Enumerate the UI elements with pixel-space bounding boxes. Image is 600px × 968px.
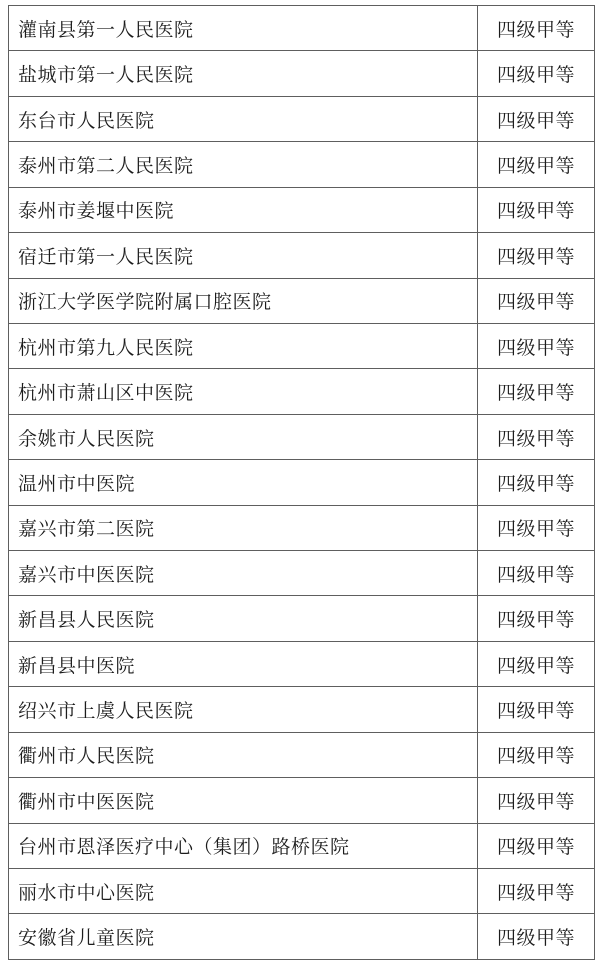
table-row: 衢州市人民医院 四级甲等 [9, 732, 595, 777]
table-row: 衢州市中医医院 四级甲等 [9, 778, 595, 823]
table-body: 灌南县第一人民医院 四级甲等 盐城市第一人民医院 四级甲等 东台市人民医院 四级… [9, 6, 595, 960]
table-row: 嘉兴市中医医院 四级甲等 [9, 551, 595, 596]
hospital-name-cell: 丽水市中心医院 [9, 869, 478, 914]
table-row: 杭州市萧山区中医院 四级甲等 [9, 369, 595, 414]
table-row: 余姚市人民医院 四级甲等 [9, 414, 595, 459]
hospital-name-cell: 杭州市第九人民医院 [9, 323, 478, 368]
table-row: 新昌县中医院 四级甲等 [9, 641, 595, 686]
hospital-name-cell: 温州市中医院 [9, 460, 478, 505]
table-row: 温州市中医院 四级甲等 [9, 460, 595, 505]
hospital-name-cell: 泰州市姜堰中医院 [9, 187, 478, 232]
table-row: 灌南县第一人民医院 四级甲等 [9, 6, 595, 51]
hospital-name-cell: 杭州市萧山区中医院 [9, 369, 478, 414]
table-row: 东台市人民医院 四级甲等 [9, 96, 595, 141]
table-row: 盐城市第一人民医院 四级甲等 [9, 51, 595, 96]
grade-cell: 四级甲等 [478, 6, 595, 51]
grade-cell: 四级甲等 [478, 414, 595, 459]
table-row: 绍兴市上虞人民医院 四级甲等 [9, 687, 595, 732]
grade-cell: 四级甲等 [478, 732, 595, 777]
hospital-name-cell: 余姚市人民医院 [9, 414, 478, 459]
hospital-name-cell: 安徽省儿童医院 [9, 914, 478, 960]
hospital-name-cell: 嘉兴市中医医院 [9, 551, 478, 596]
grade-cell: 四级甲等 [478, 551, 595, 596]
grade-cell: 四级甲等 [478, 142, 595, 187]
table-row: 安徽省儿童医院 四级甲等 [9, 914, 595, 960]
grade-cell: 四级甲等 [478, 51, 595, 96]
hospital-name-cell: 新昌县中医院 [9, 641, 478, 686]
grade-cell: 四级甲等 [478, 187, 595, 232]
grade-cell: 四级甲等 [478, 369, 595, 414]
grade-cell: 四级甲等 [478, 505, 595, 550]
grade-cell: 四级甲等 [478, 596, 595, 641]
table-row: 泰州市姜堰中医院 四级甲等 [9, 187, 595, 232]
hospital-name-cell: 泰州市第二人民医院 [9, 142, 478, 187]
table-row: 杭州市第九人民医院 四级甲等 [9, 323, 595, 368]
grade-cell: 四级甲等 [478, 687, 595, 732]
hospital-name-cell: 盐城市第一人民医院 [9, 51, 478, 96]
hospital-name-cell: 衢州市人民医院 [9, 732, 478, 777]
grade-cell: 四级甲等 [478, 96, 595, 141]
grade-cell: 四级甲等 [478, 233, 595, 278]
table-row: 台州市恩泽医疗中心（集团）路桥医院 四级甲等 [9, 823, 595, 868]
grade-cell: 四级甲等 [478, 641, 595, 686]
table-row: 宿迁市第一人民医院 四级甲等 [9, 233, 595, 278]
grade-cell: 四级甲等 [478, 278, 595, 323]
table-row: 嘉兴市第二医院 四级甲等 [9, 505, 595, 550]
hospital-name-cell: 浙江大学医学院附属口腔医院 [9, 278, 478, 323]
grade-cell: 四级甲等 [478, 778, 595, 823]
hospital-name-cell: 新昌县人民医院 [9, 596, 478, 641]
grade-cell: 四级甲等 [478, 869, 595, 914]
grade-cell: 四级甲等 [478, 914, 595, 960]
hospital-name-cell: 衢州市中医医院 [9, 778, 478, 823]
hospital-name-cell: 绍兴市上虞人民医院 [9, 687, 478, 732]
hospital-name-cell: 灌南县第一人民医院 [9, 6, 478, 51]
hospital-name-cell: 宿迁市第一人民医院 [9, 233, 478, 278]
hospital-grade-table: 灌南县第一人民医院 四级甲等 盐城市第一人民医院 四级甲等 东台市人民医院 四级… [8, 5, 595, 960]
hospital-name-cell: 嘉兴市第二医院 [9, 505, 478, 550]
table-row: 泰州市第二人民医院 四级甲等 [9, 142, 595, 187]
grade-cell: 四级甲等 [478, 460, 595, 505]
table-row: 浙江大学医学院附属口腔医院 四级甲等 [9, 278, 595, 323]
hospital-name-cell: 台州市恩泽医疗中心（集团）路桥医院 [9, 823, 478, 868]
grade-cell: 四级甲等 [478, 323, 595, 368]
grade-cell: 四级甲等 [478, 823, 595, 868]
hospital-name-cell: 东台市人民医院 [9, 96, 478, 141]
table-row: 丽水市中心医院 四级甲等 [9, 869, 595, 914]
table-row: 新昌县人民医院 四级甲等 [9, 596, 595, 641]
